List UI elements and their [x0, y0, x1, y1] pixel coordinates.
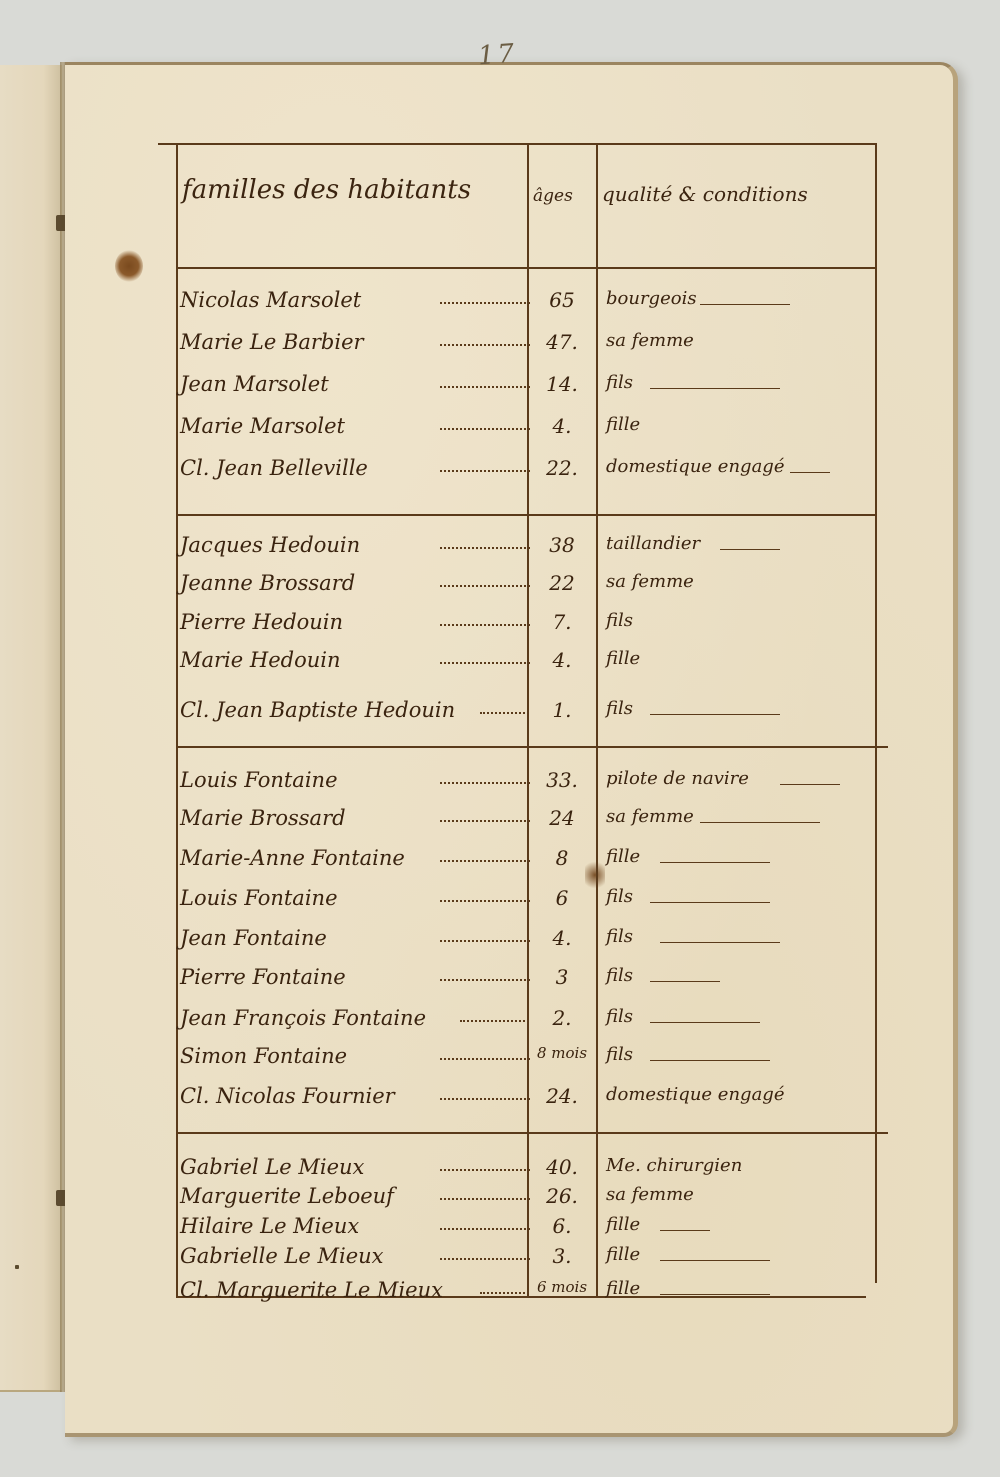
header-condition: qualité & conditions	[602, 182, 808, 206]
member-condition: fils	[606, 610, 633, 631]
flourish-line	[660, 942, 780, 943]
table-row: Jeanne Brossard 22 sa femme	[0, 571, 1000, 607]
family-divider	[176, 746, 888, 748]
table-row: Jean Marsolet 14. fils	[0, 372, 1000, 408]
member-name: Jacques Hedouin	[180, 533, 360, 557]
flourish-line	[650, 1060, 770, 1061]
table-row: Jean Fontaine 4. fils	[0, 926, 1000, 962]
member-name: Marie Brossard	[180, 806, 346, 830]
member-age: 24.	[530, 1084, 594, 1108]
member-condition: bourgeois	[606, 288, 697, 309]
dot-leader	[440, 900, 530, 902]
table-row: Cl. Jean Belleville 22. domestique engag…	[0, 456, 1000, 492]
table-row: Jean François Fontaine 2. fils	[0, 1006, 1000, 1042]
member-condition: fille	[606, 1278, 640, 1299]
member-name: Cl. Jean Belleville	[180, 456, 368, 480]
member-name: Jeanne Brossard	[180, 571, 355, 595]
dot-leader	[440, 860, 530, 862]
family-divider	[176, 514, 876, 516]
member-condition: sa femme	[606, 806, 694, 827]
table-row: Simon Fontaine 8 mois fils	[0, 1044, 1000, 1080]
flourish-line	[650, 714, 780, 715]
flourish-line	[790, 472, 830, 473]
family-divider	[176, 1132, 888, 1134]
table-row: Marie Hedouin 4. fille	[0, 648, 1000, 684]
member-age: 7.	[530, 610, 594, 634]
flourish-line	[700, 822, 820, 823]
member-name: Simon Fontaine	[180, 1044, 347, 1068]
table-top-rule	[158, 143, 876, 145]
member-name: Pierre Hedouin	[180, 610, 343, 634]
member-age: 4.	[530, 926, 594, 950]
member-name: Cl. Jean Baptiste Hedouin	[180, 698, 455, 722]
dot-leader	[460, 1020, 525, 1022]
flourish-line	[660, 1260, 770, 1261]
member-condition: domestique engagé	[606, 1084, 784, 1105]
dot-leader	[480, 712, 525, 714]
member-age: 22	[530, 571, 594, 595]
dot-leader	[440, 1258, 530, 1260]
member-age: 4.	[530, 414, 594, 438]
flourish-line	[660, 1294, 770, 1295]
member-name: Louis Fontaine	[180, 768, 338, 792]
member-name: Gabrielle Le Mieux	[180, 1244, 384, 1268]
dot-leader	[440, 302, 530, 304]
member-age: 2.	[530, 1006, 594, 1030]
dot-leader	[440, 1169, 530, 1171]
member-condition: fille	[606, 648, 640, 669]
member-condition: sa femme	[606, 330, 694, 351]
member-age: 47.	[530, 330, 594, 354]
dot-leader	[440, 1198, 530, 1200]
member-name: Marie Marsolet	[180, 414, 345, 438]
dot-leader	[440, 1098, 530, 1100]
member-condition: fille	[606, 1244, 640, 1265]
dot-leader	[440, 624, 530, 626]
member-name: Pierre Fontaine	[180, 965, 346, 989]
member-age: 65	[530, 288, 594, 312]
member-condition: fils	[606, 926, 633, 947]
dot-leader	[440, 344, 530, 346]
member-condition: sa femme	[606, 1184, 694, 1205]
member-condition: fille	[606, 414, 640, 435]
dot-leader	[440, 662, 530, 664]
member-age: 3	[530, 965, 594, 989]
member-age: 1.	[530, 698, 594, 722]
flourish-line	[650, 1022, 760, 1023]
table-row: Cl. Marguerite Le Mieux 6 mois fille	[0, 1278, 1000, 1314]
member-condition: fille	[606, 1214, 640, 1235]
member-condition: fils	[606, 1006, 633, 1027]
table-row: Jacques Hedouin 38 taillandier	[0, 533, 1000, 569]
flourish-line	[660, 862, 770, 863]
member-age: 14.	[530, 372, 594, 396]
member-age: 3.	[530, 1244, 594, 1268]
table-row: Cl. Jean Baptiste Hedouin 1. fils	[0, 698, 1000, 734]
member-condition: Me. chirurgien	[606, 1155, 742, 1176]
member-condition: fils	[606, 965, 633, 986]
dot-leader	[480, 1292, 525, 1294]
flourish-line	[700, 304, 790, 305]
member-condition: fils	[606, 372, 633, 393]
member-age: 38	[530, 533, 594, 557]
member-name: Marguerite Leboeuf	[180, 1184, 394, 1208]
member-condition: pilote de navire	[606, 768, 749, 789]
table-row: Nicolas Marsolet 65 bourgeois	[0, 288, 1000, 324]
dot-leader	[440, 820, 530, 822]
member-condition: domestique engagé	[606, 456, 784, 477]
member-name: Marie Le Barbier	[180, 330, 364, 354]
member-age: 6.	[530, 1214, 594, 1238]
table-row: Cl. Nicolas Fournier 24. domestique enga…	[0, 1084, 1000, 1120]
header-ages: âges	[533, 186, 573, 206]
dot-leader	[440, 940, 530, 942]
table-row: Louis Fontaine 33. pilote de navire	[0, 768, 1000, 804]
member-condition: fils	[606, 698, 633, 719]
member-name: Jean François Fontaine	[180, 1006, 426, 1030]
table-row: Marie Le Barbier 47. sa femme	[0, 330, 1000, 366]
flourish-line	[650, 388, 780, 389]
dot-leader	[440, 782, 530, 784]
member-name: Marie-Anne Fontaine	[180, 846, 405, 870]
member-condition: taillandier	[606, 533, 700, 554]
member-name: Nicolas Marsolet	[180, 288, 361, 312]
dot-leader	[440, 1058, 530, 1060]
dot-leader	[440, 547, 530, 549]
flourish-line	[660, 1230, 710, 1231]
header-names: familles des habitants	[182, 175, 471, 205]
flourish-line	[780, 784, 840, 785]
member-age: 6 mois	[530, 1278, 594, 1296]
member-name: Hilaire Le Mieux	[180, 1214, 359, 1238]
member-age: 40.	[530, 1155, 594, 1179]
member-name: Jean Marsolet	[180, 372, 329, 396]
table-row: Marie Brossard 24 sa femme	[0, 806, 1000, 842]
folio-number: 17	[477, 39, 518, 72]
ink-stain	[115, 250, 143, 282]
member-age: 8	[530, 846, 594, 870]
member-name: Cl. Nicolas Fournier	[180, 1084, 395, 1108]
flourish-line	[650, 902, 770, 903]
member-age: 22.	[530, 456, 594, 480]
table-row: Louis Fontaine 6 fils	[0, 886, 1000, 922]
member-age: 24	[530, 806, 594, 830]
table-row: Pierre Fontaine 3 fils	[0, 965, 1000, 1001]
table-row: Marie-Anne Fontaine 8 fille	[0, 846, 1000, 882]
member-name: Marie Hedouin	[180, 648, 340, 672]
dot-leader	[440, 428, 530, 430]
member-condition: sa femme	[606, 571, 694, 592]
member-name: Jean Fontaine	[180, 926, 327, 950]
member-age: 8 mois	[530, 1044, 594, 1062]
table-row: Gabrielle Le Mieux 3. fille	[0, 1244, 1000, 1280]
dot-leader	[440, 470, 530, 472]
table-row: Marie Marsolet 4. fille	[0, 414, 1000, 450]
header-rule	[176, 267, 876, 269]
table-row: Pierre Hedouin 7. fils	[0, 610, 1000, 646]
member-name: Gabriel Le Mieux	[180, 1155, 364, 1179]
member-name: Louis Fontaine	[180, 886, 338, 910]
member-condition: fille	[606, 846, 640, 867]
dot-leader	[440, 585, 530, 587]
member-age: 6	[530, 886, 594, 910]
flourish-line	[720, 549, 780, 550]
flourish-line	[650, 981, 720, 982]
member-condition: fils	[606, 1044, 633, 1065]
dot-leader	[440, 386, 530, 388]
member-age: 4.	[530, 648, 594, 672]
member-condition: fils	[606, 886, 633, 907]
member-name: Cl. Marguerite Le Mieux	[180, 1278, 443, 1302]
member-age: 26.	[530, 1184, 594, 1208]
member-age: 33.	[530, 768, 594, 792]
dot-leader	[440, 1228, 530, 1230]
dot-leader	[440, 979, 530, 981]
